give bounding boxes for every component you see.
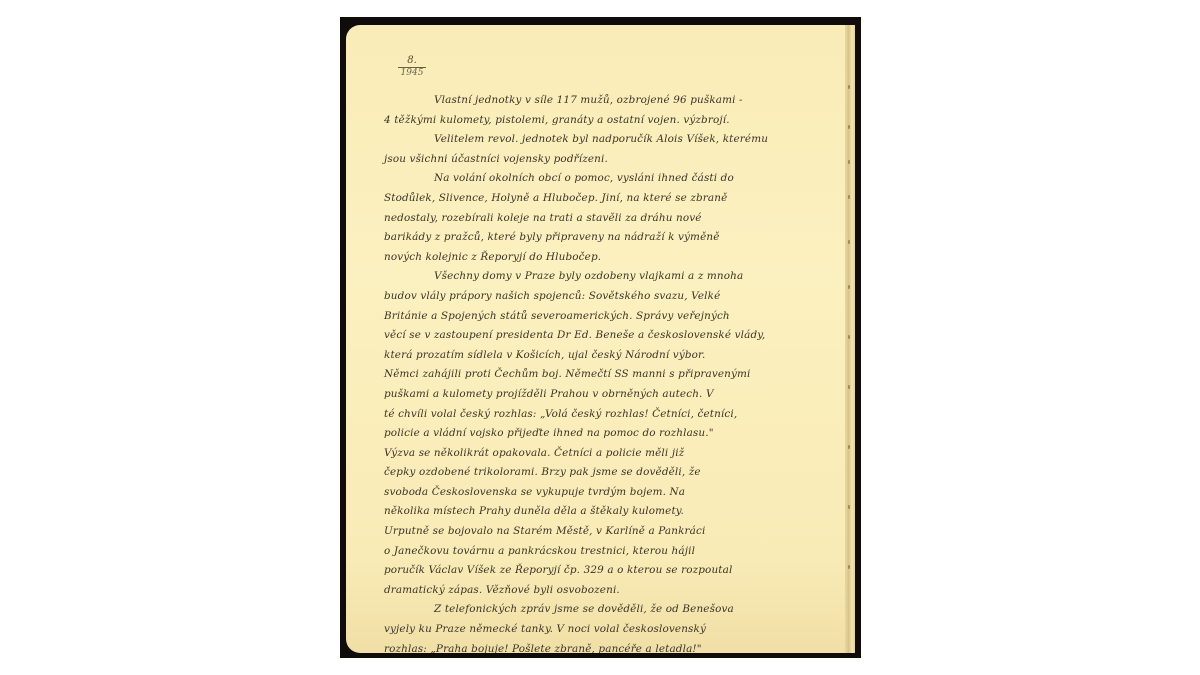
handwritten-page: 8. 1945 Vlastní jednotky v síle 117 mužů… (346, 25, 855, 653)
text-line: Výzva se několikrát opakovala. Četníci a… (384, 444, 824, 464)
text-line: jsou všichni účastníci vojensky podřízen… (384, 150, 824, 170)
binding-stitch (848, 125, 850, 129)
handwritten-text: Vlastní jednotky v síle 117 mužů, ozbroj… (384, 91, 824, 653)
text-line: nových kolejnic z Řeporyjí do Hlubočep. (384, 248, 824, 268)
text-line: nedostaly, rozebírali koleje na trati a … (384, 209, 824, 229)
page-number: 8. (398, 55, 426, 68)
text-line: puškami a kulomety projížděli Prahou v o… (384, 385, 824, 405)
binding-stitch (848, 445, 850, 449)
binding-stitch (848, 160, 850, 164)
binding-stitch (848, 565, 850, 569)
text-line: Na volání okolních obcí o pomoc, vysláni… (384, 169, 824, 189)
binding-stitch (848, 195, 850, 199)
text-line: Němci zahájili proti Čechům boj. Němečtí… (384, 365, 824, 385)
text-line: policie a vládní vojsko přijeďte ihned n… (384, 424, 824, 444)
text-line: věcí se v zastoupení presidenta Dr Ed. B… (384, 326, 824, 346)
binding-stitch (848, 285, 850, 289)
text-line: barikády z pražců, které byly připraveny… (384, 228, 824, 248)
binding-gutter (845, 25, 855, 653)
text-line: Británie a Spojených států severoamerick… (384, 307, 824, 327)
text-line: 4 těžkými kulomety, pistolemi, granáty a… (384, 111, 824, 131)
text-line: poručík Václav Víšek ze Řeporyjí čp. 329… (384, 561, 824, 581)
text-line: budov vlály prápory našich spojenců: Sov… (384, 287, 824, 307)
binding-stitch (848, 240, 850, 244)
text-line: rozhlas: „Praha bojuje! Pošlete zbraně, … (384, 640, 824, 653)
text-line: svoboda Československa se vykupuje tvrdý… (384, 483, 824, 503)
text-line: o Janečkovu továrnu a pankrácskou trestn… (384, 542, 824, 562)
text-line: Z telefonických zpráv jsme se dověděli, … (384, 600, 824, 620)
text-line: Všechny domy v Praze byly ozdobeny vlajk… (384, 267, 824, 287)
text-line: Urputně se bojovalo na Starém Městě, v K… (384, 522, 824, 542)
binding-stitch (848, 335, 850, 339)
text-line: té chvíli volal český rozhlas: „Volá čes… (384, 405, 824, 425)
binding-stitch (848, 385, 850, 389)
text-line: několika místech Prahy duněla děla a ště… (384, 502, 824, 522)
text-line: Vlastní jednotky v síle 117 mužů, ozbroj… (384, 91, 824, 111)
page-number-block: 8. 1945 (398, 55, 426, 79)
page-year: 1945 (398, 68, 426, 79)
binding-stitch (848, 85, 850, 89)
text-line: Stodůlek, Slivence, Holyně a Hlubočep. J… (384, 189, 824, 209)
text-line: vyjely ku Praze německé tanky. V noci vo… (384, 620, 824, 640)
text-line: dramatický zápas. Vězňové byli osvobozen… (384, 581, 824, 601)
text-line: čepky ozdobené trikolorami. Brzy pak jsm… (384, 463, 824, 483)
text-line: Velitelem revol. jednotek byl nadporučík… (384, 130, 824, 150)
scan-frame: 8. 1945 Vlastní jednotky v síle 117 mužů… (340, 17, 861, 658)
binding-stitch (848, 505, 850, 509)
text-line: která prozatím sídlela v Košicích, ujal … (384, 346, 824, 366)
